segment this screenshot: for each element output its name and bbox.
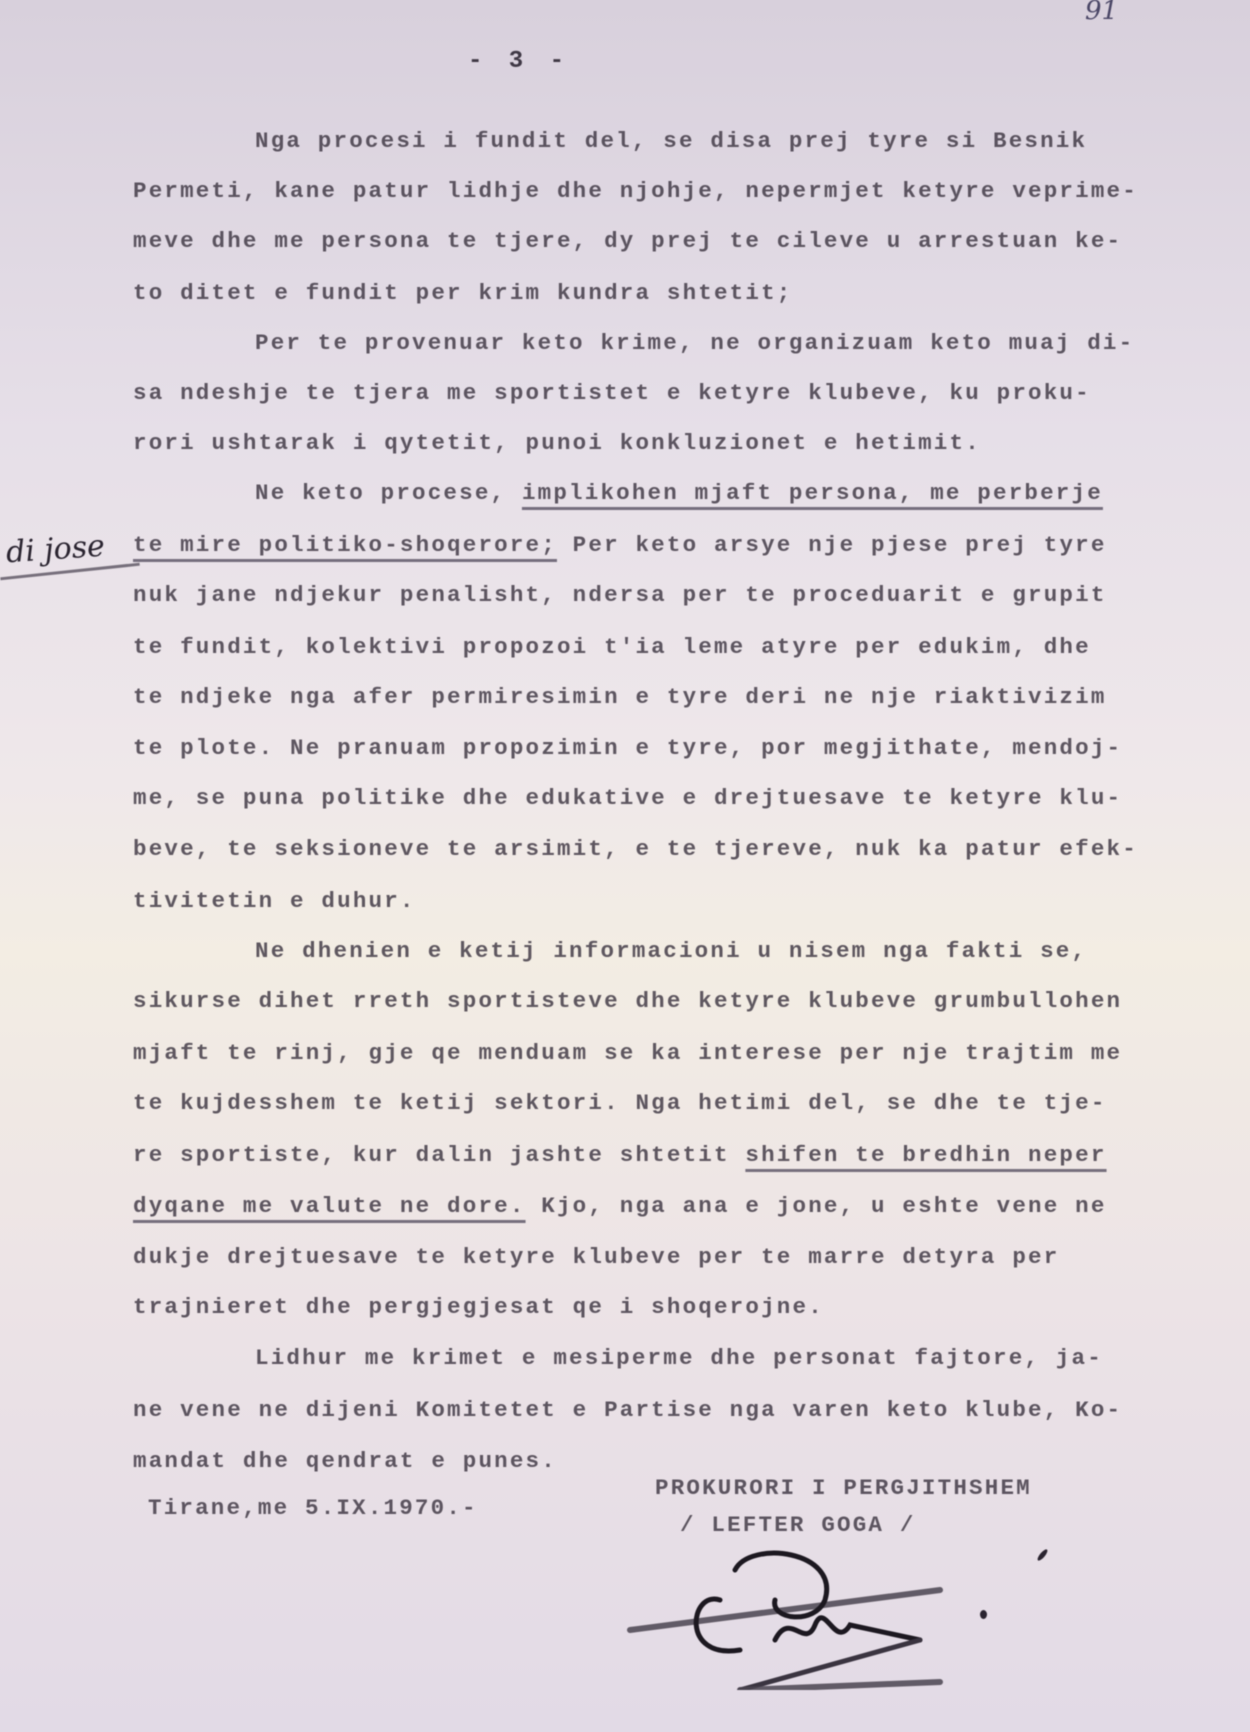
body-line: te kujdesshem te ketij sektori. Nga heti… (133, 1090, 1107, 1116)
body-line: me, se puna politike dhe edukative e dre… (133, 785, 1122, 811)
place-date: Tirane,me 5.IX.1970.- (148, 1495, 478, 1521)
body-line: nuk jane ndjekur penalisht, ndersa per t… (133, 582, 1107, 608)
body-line: beve, te seksioneve te arsimit, e te tje… (133, 836, 1138, 862)
body-line: Ne keto procese, implikohen mjaft person… (255, 480, 1103, 506)
body-line: re sportiste, kur dalin jashte shtetit s… (133, 1142, 1107, 1168)
document-page: 91 - 3 - Nga procesi i fundit del, se di… (0, 0, 1250, 1732)
body-line: dyqane me valute ne dore. Kjo, nga ana e… (133, 1193, 1107, 1219)
body-line: Nga procesi i fundit del, se disa prej t… (255, 128, 1087, 154)
signatory-title: PROKURORI I PERGJITHSHEM (655, 1475, 1032, 1501)
body-line: Permeti, kane patur lidhje dhe njohje, n… (133, 178, 1138, 204)
body-line: sikurse dihet rreth sportisteve dhe kety… (133, 988, 1122, 1014)
underlined-phrase: implikohen mjaft persona, me perberje (522, 480, 1103, 506)
handwritten-signature (610, 1530, 990, 1690)
body-line: mjaft te rinj, gje qe menduam se ka inte… (133, 1040, 1122, 1066)
body-line: to ditet e fundit per krim kundra shteti… (133, 280, 793, 306)
body-line: te ndjeke nga afer permiresimin e tyre d… (133, 684, 1107, 710)
body-line: meve dhe me persona te tjere, dy prej te… (133, 228, 1122, 254)
handwritten-margin-note: di jose (5, 529, 106, 571)
body-line: Per te provenuar keto krime, ne organizu… (255, 330, 1134, 356)
ink-dot (980, 1610, 987, 1619)
body-line: te mire politiko-shoqerore; Per keto ars… (133, 532, 1107, 558)
body-line: Lidhur me krimet e mesiperme dhe persona… (255, 1345, 1103, 1371)
underlined-phrase: shifen te bredhin neper (745, 1142, 1106, 1168)
body-line: mandat dhe qendrat e punes. (133, 1448, 557, 1474)
underlined-phrase: dyqane me valute ne dore. (133, 1193, 526, 1219)
body-line: dukje drejtuesave te ketyre klubeve per … (133, 1244, 1059, 1270)
body-line: trajnieret dhe pergjegjesat qe i shoqero… (133, 1294, 824, 1320)
underlined-phrase: te mire politiko-shoqerore; (133, 532, 557, 558)
corner-page-mark: 91 (1085, 0, 1118, 26)
body-line: te plote. Ne pranuam propozimin e tyre, … (133, 735, 1122, 761)
body-line: sa ndeshje te tjera me sportistet e kety… (133, 380, 1091, 406)
body-line: te fundit, kolektivi propozoi t'ia leme … (133, 634, 1091, 660)
body-line: tivitetin e duhur. (133, 888, 416, 914)
body-line: ne vene ne dijeni Komitetet e Partise ng… (133, 1397, 1122, 1423)
body-line: rori ushtarak i qytetit, punoi konkluzio… (133, 430, 981, 456)
page-number: - 3 - (468, 48, 570, 75)
ink-mark (1036, 1548, 1049, 1562)
body-line: Ne dhenien e ketij informacioni u nisem … (255, 938, 1087, 964)
